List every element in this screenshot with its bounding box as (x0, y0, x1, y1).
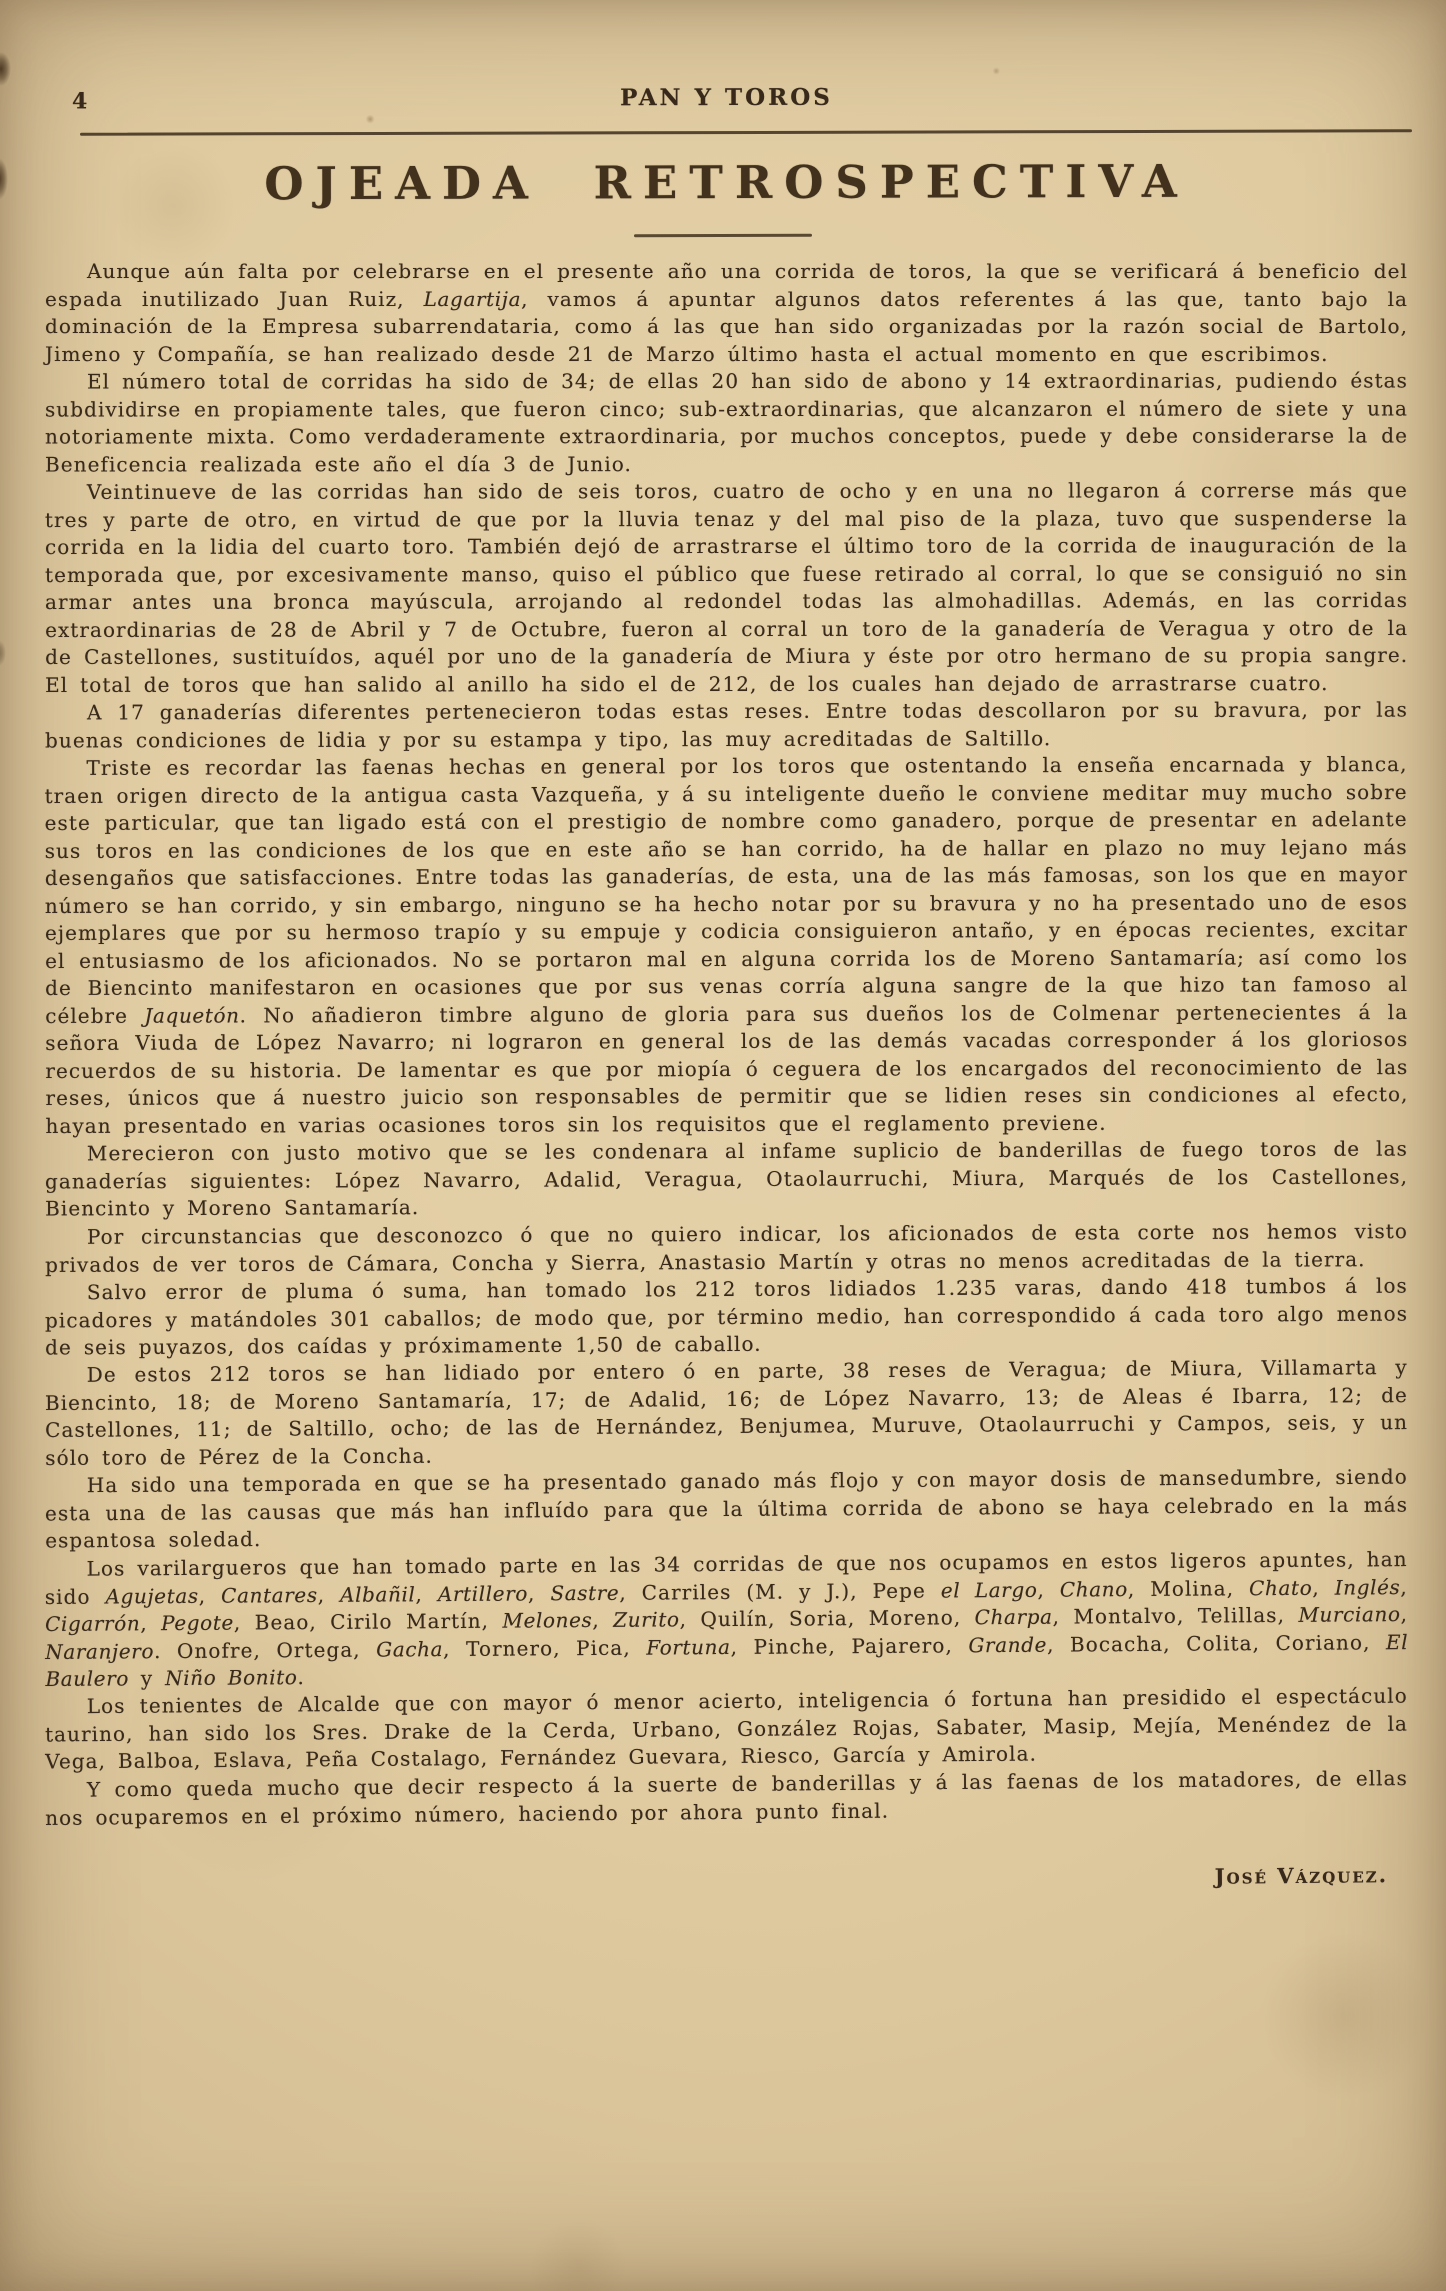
italic-run: Agujetas (105, 1583, 198, 1608)
text-run: . (297, 1665, 305, 1689)
scanned-page: 4 PAN Y TOROS OJEADA RETROSPECTIVA Aunqu… (0, 0, 1446, 2291)
text-run: Los tenientes de Alcalde que con mayor ó… (45, 1684, 1408, 1774)
italic-run: Chato (1249, 1575, 1312, 1599)
italic-run: Fortuna (646, 1634, 730, 1659)
article-paragraph: Veintinueve de las corridas han sido de … (45, 477, 1408, 699)
italic-run: Niño Bonito (165, 1665, 298, 1690)
text-run: , (318, 1582, 341, 1606)
text-run: Merecieron con justo motivo que se les c… (45, 1137, 1408, 1221)
text-run: , (528, 1580, 551, 1604)
text-run: El número total de corridas ha sido de 3… (45, 369, 1408, 476)
article-paragraph: A 17 ganaderías diferentes pertenecieron… (45, 697, 1408, 755)
article-paragraph: Ha sido una temporada en que se ha prese… (45, 1464, 1409, 1555)
italic-run: Cigarrón (45, 1611, 140, 1636)
text-run: , Quilín, Soria, Moreno, (680, 1605, 975, 1631)
paper-stain (0, 640, 6, 666)
article-title: OJEADA RETROSPECTIVA (45, 154, 1408, 211)
text-run: . Onofre, Ortega, (154, 1637, 376, 1663)
italic-run: Jaquetón (144, 1003, 239, 1027)
text-run: Veintinueve de las corridas han sido de … (45, 478, 1408, 696)
italic-run: Chano (1060, 1576, 1128, 1600)
italic-run: Lagartija (424, 287, 521, 311)
text-run: , (592, 1607, 613, 1631)
text-run: Y como queda mucho que decir respecto á … (45, 1766, 1408, 1829)
italic-run: Charpa (975, 1604, 1053, 1629)
article-title-block: OJEADA RETROSPECTIVA (45, 154, 1408, 211)
text-run: Salvo error de pluma ó suma, han tomado … (45, 1273, 1408, 1359)
italic-run: Pegote (161, 1610, 234, 1635)
article-paragraph: De estos 212 toros se han lidiado por en… (45, 1354, 1409, 1472)
paper-stain (0, 158, 8, 200)
text-run: A 17 ganaderías diferentes pertenecieron… (45, 698, 1408, 752)
article-body: Aunque aún falta por celebrarse en el pr… (45, 258, 1408, 1893)
text-run: Triste es recordar las faenas hechas en … (45, 752, 1409, 1027)
article-paragraph: Aunque aún falta por celebrarse en el pr… (45, 258, 1408, 368)
italic-run: Melones (502, 1607, 592, 1632)
italic-run: Artillero (438, 1580, 528, 1605)
text-run: , (1400, 1602, 1408, 1626)
text-run: , (199, 1583, 222, 1607)
text-run: , (1400, 1574, 1408, 1598)
article-paragraph: El número total de corridas ha sido de 3… (45, 368, 1408, 479)
italic-run: Albañil (340, 1581, 416, 1606)
article-paragraph: Triste es recordar las faenas hechas en … (44, 751, 1408, 1140)
text-run: , Beao, Cirilo Martín, (234, 1608, 503, 1634)
text-run: Ha sido una temporada en que se ha prese… (45, 1465, 1408, 1553)
text-run: , Bocacha, Colita, Coriano, (1047, 1629, 1386, 1655)
article-paragraph: Y como queda mucho que decir respecto á … (45, 1765, 1408, 1832)
text-run: , (415, 1581, 438, 1605)
text-run: De estos 212 toros se han lidiado por en… (45, 1355, 1408, 1469)
italic-run: Gacha (376, 1636, 443, 1660)
italic-run: Grande (968, 1632, 1047, 1657)
text-run: , (1037, 1577, 1060, 1601)
article-paragraph: Los tenientes de Alcalde que con mayor ó… (45, 1683, 1409, 1776)
paper-stain (0, 52, 11, 86)
article-paragraph: Por circunstancias que desconozco ó que … (45, 1218, 1408, 1279)
text-run: , Tornero, Pica, (443, 1635, 646, 1660)
italic-run: Zurito (613, 1607, 680, 1631)
italic-run: Sastre (550, 1580, 619, 1605)
italic-run: Naranjero (45, 1638, 154, 1663)
text-run: . No añadieron timbre alguno de gloria p… (45, 1000, 1408, 1138)
text-run: , (140, 1611, 161, 1635)
article-paragraph: Los varilargueros que han tomado parte e… (45, 1546, 1409, 1693)
italic-run: Murciano (1298, 1602, 1400, 1627)
header-rule (80, 129, 1412, 135)
italic-run: Cantares (221, 1582, 318, 1607)
italic-run: Inglés (1335, 1574, 1401, 1598)
text-run: Por circunstancias que desconozco ó que … (45, 1219, 1408, 1276)
text-run: , Montalvo, Telillas, (1053, 1602, 1299, 1628)
text-run: , (1312, 1575, 1335, 1599)
text-run: , Molina, (1128, 1575, 1249, 1600)
text-run: , Pinche, Pajarero, (730, 1632, 968, 1658)
page-header: 4 PAN Y TOROS (45, 83, 1408, 128)
italic-run: el Largo (941, 1577, 1038, 1602)
title-divider (634, 234, 812, 238)
article-paragraph: Salvo error de pluma ó suma, han tomado … (45, 1272, 1408, 1361)
author-signature: José Vázquez. (45, 1862, 1408, 1899)
article-paragraph: Merecieron con justo motivo que se les c… (45, 1136, 1408, 1223)
journal-title: PAN Y TOROS (45, 83, 1408, 113)
text-run: y (129, 1666, 165, 1690)
text-run: , Carriles (M. y J.), Pepe (619, 1577, 941, 1603)
